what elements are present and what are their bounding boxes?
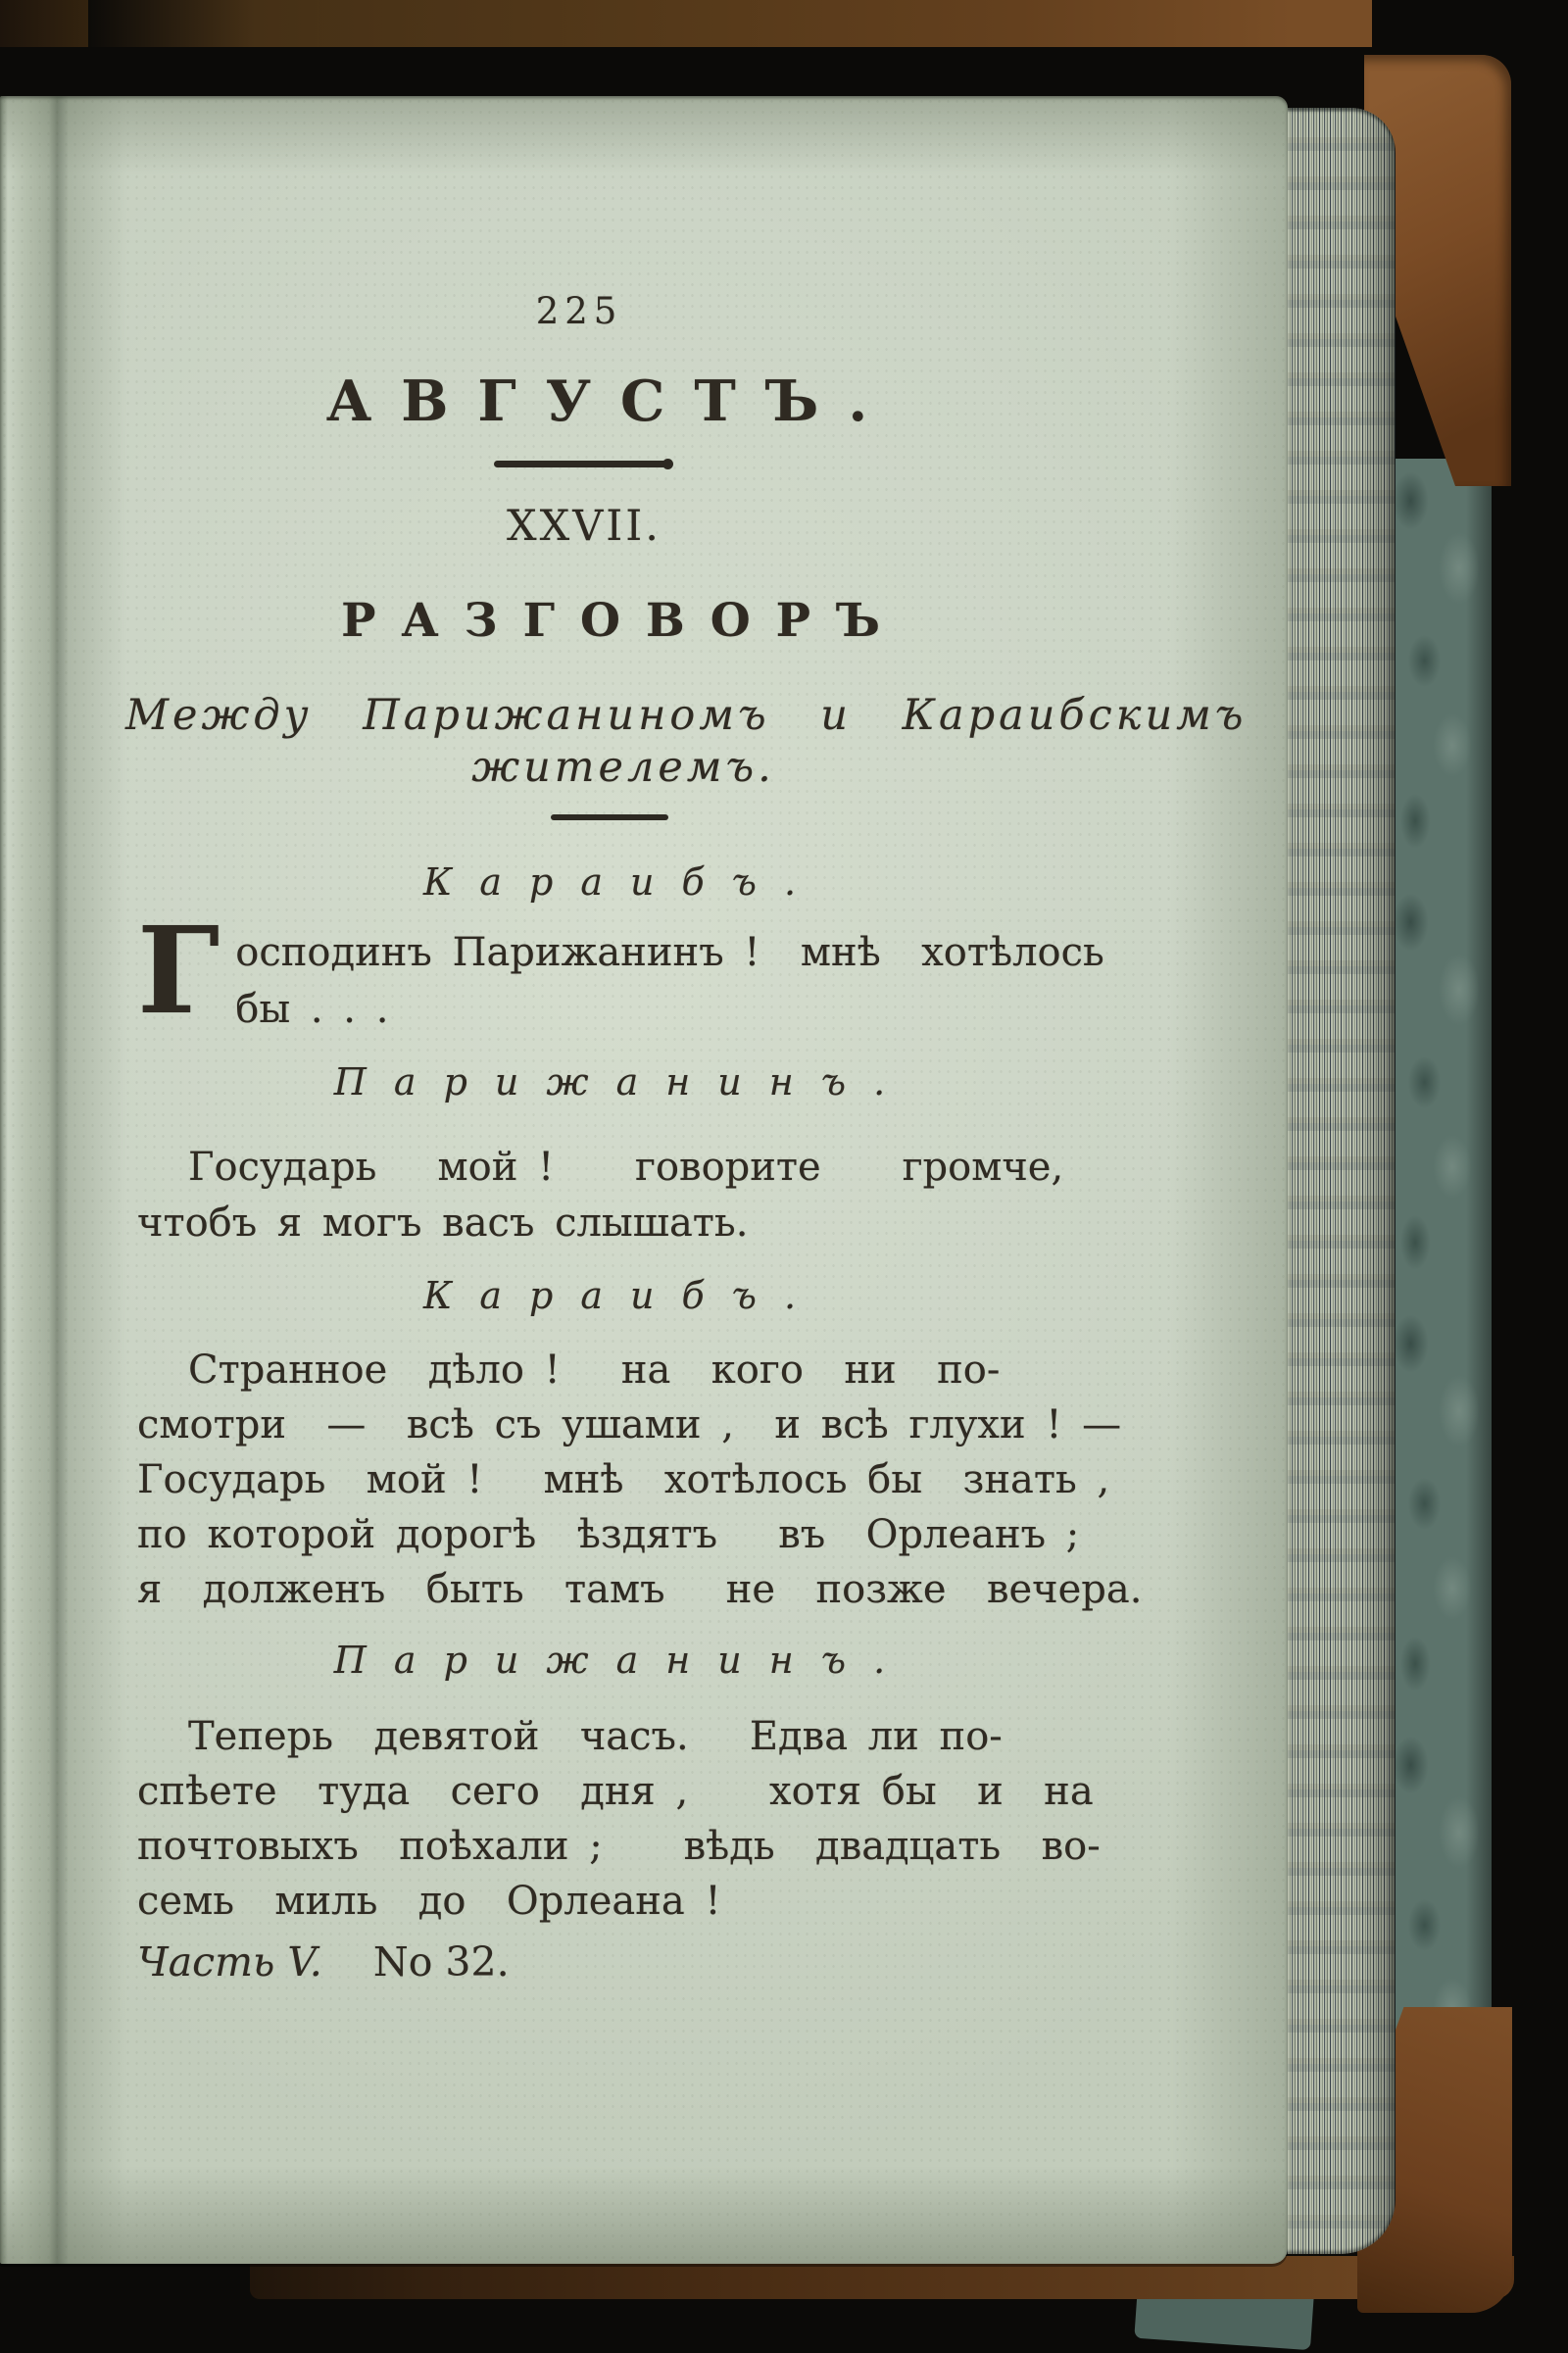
signature-line: Часть V.No 32.: [137, 1938, 510, 1985]
section-number: XXVII.: [86, 502, 1082, 551]
dialogue-line: чтобъ я могъ васъ слышать.: [137, 1196, 1063, 1251]
drop-cap: Г: [137, 924, 235, 1016]
dialogue-line: смотри — всѣ съ ушами , и всѣ глухи ! —: [137, 1397, 1142, 1452]
speaker-heading-karaib-1: Караибъ.: [125, 860, 1121, 904]
dialogue-line: семь миль до Орлеана !: [137, 1874, 1101, 1929]
paragraph-karaib-1: Г осподинъ Парижанинъ ! мнѣ хотѣлось бы …: [137, 924, 1104, 1038]
signature-part: Часть V.: [137, 1938, 322, 1985]
paragraph-parisian-1: Государь мой ! говорите громче, чтобъ я …: [137, 1140, 1063, 1251]
gutter-crease: [49, 96, 69, 2264]
paragraph-karaib-2: Странное дѣло ! на кого ни по- смотри — …: [137, 1343, 1142, 1617]
book-page: 225 АВГУСТЪ. XXVII. РАЗГОВОРЪ Между Пари…: [0, 96, 1288, 2264]
book-cover-top-edge: [0, 0, 1372, 47]
dialogue-line: бы . . .: [235, 981, 1104, 1038]
paragraph-parisian-2: Теперь девятой часъ. Едва ли по- спѣете …: [137, 1709, 1101, 1929]
dialogue-line: Странное дѣло ! на кого ни по-: [137, 1343, 1142, 1397]
speaker-heading-karaib-2: Караибъ.: [125, 1274, 1121, 1317]
dialogue-line: я долженъ быть тамъ не позже вечера.: [137, 1562, 1142, 1617]
month-heading: АВГУСТЪ.: [114, 368, 1109, 434]
dialogue-line: по которой дорогѣ ѣздятъ въ Орлеанъ ;: [137, 1507, 1142, 1562]
section-title: РАЗГОВОРЪ: [125, 594, 1121, 648]
subtitle-line-1: Между Парижаниномъ и Караибскимъ: [125, 690, 1121, 742]
dialogue-line: осподинъ Парижанинъ ! мнѣ хотѣлось: [235, 924, 1104, 981]
subtitle: Между Парижаниномъ и Караибскимъ жителем…: [125, 690, 1121, 794]
dialogue-line: почтовыхъ поѣхали ; вѣдь двадцать во-: [137, 1819, 1101, 1874]
scan-background: 225 АВГУСТЪ. XXVII. РАЗГОВОРЪ Между Пари…: [0, 0, 1568, 2353]
divider-rule-top: [494, 461, 670, 467]
dialogue-line: Государь мой ! говорите громче,: [137, 1140, 1063, 1196]
dialogue-line: Государь мой ! мнѣ хотѣлось бы знать ,: [137, 1452, 1142, 1507]
dialogue-line: Теперь девятой часъ. Едва ли по-: [137, 1709, 1101, 1764]
divider-rule-subtitle: [551, 814, 668, 820]
text-column: 225 АВГУСТЪ. XXVII. РАЗГОВОРЪ Между Пари…: [125, 96, 1121, 2264]
drop-cap-lines: осподинъ Парижанинъ ! мнѣ хотѣлось бы . …: [235, 924, 1104, 1038]
subtitle-line-2: жителемъ.: [125, 742, 1121, 794]
speaker-heading-parisian-2: Парижанинъ.: [125, 1639, 1121, 1682]
dialogue-line: спѣете туда сего дня , хотя бы и на: [137, 1764, 1101, 1819]
signature-number: No 32.: [373, 1938, 510, 1985]
page-number: 225: [81, 290, 1077, 332]
speaker-heading-parisian-1: Парижанинъ.: [125, 1060, 1121, 1103]
